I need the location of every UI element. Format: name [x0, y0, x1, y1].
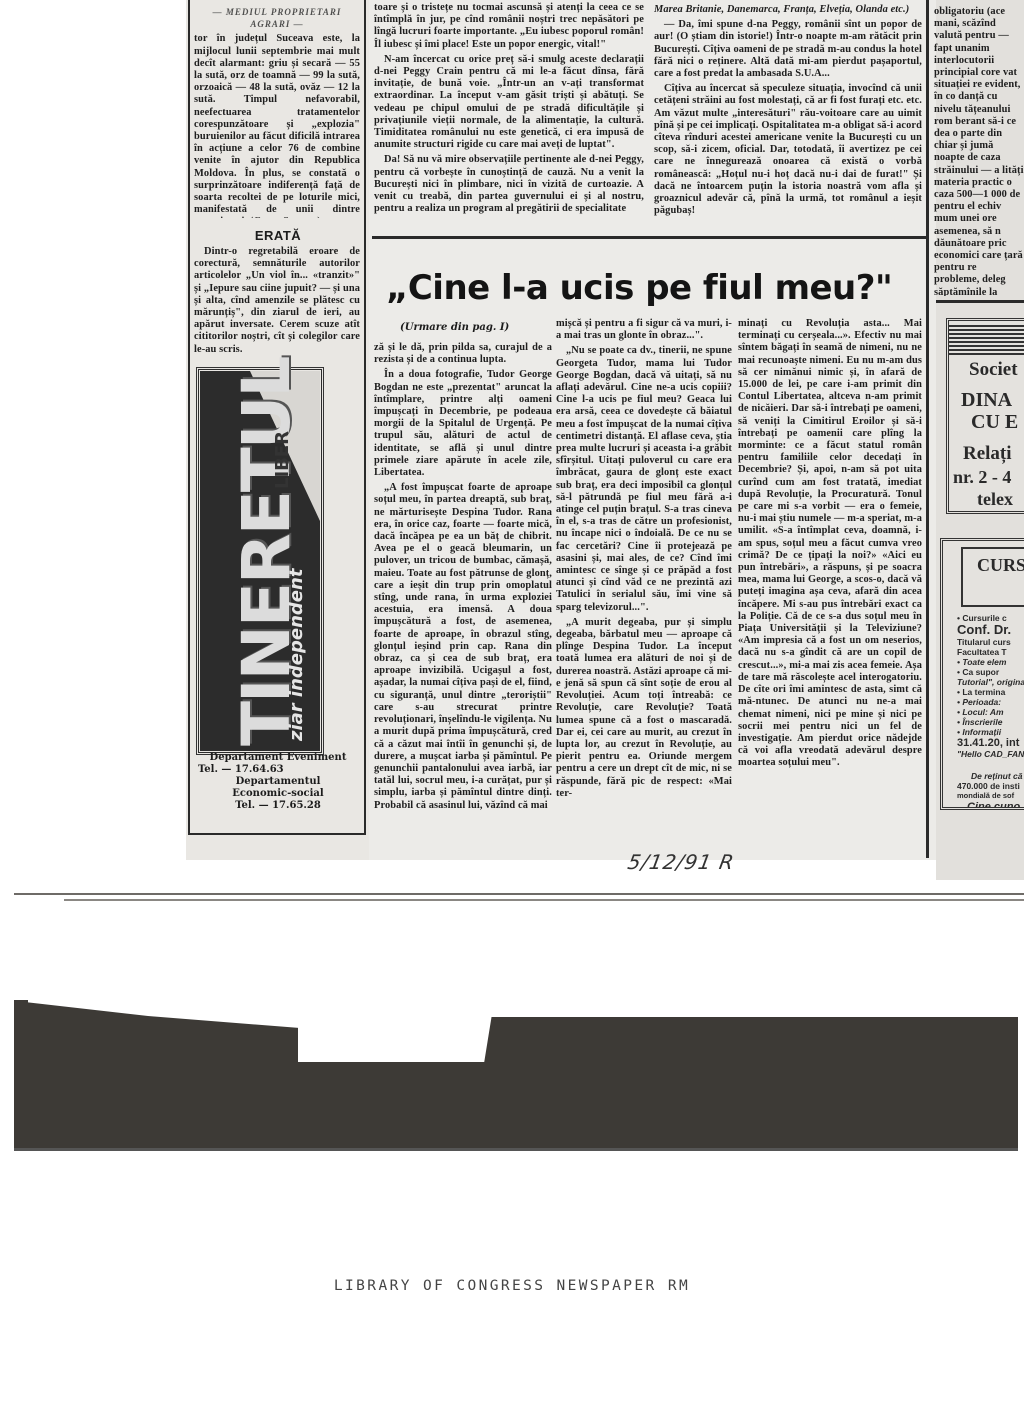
column-rule: [364, 0, 366, 835]
ad-line: Facultatea T: [957, 647, 1024, 657]
ad-line: CU E: [971, 411, 1018, 434]
scanner-shadow-notch: [298, 982, 492, 1062]
paragraph: minați cu Revoluția asta... Mai terminaț…: [738, 318, 922, 770]
ad-line: telex: [977, 489, 1013, 510]
ad-line: 470.000 de insti: [957, 781, 1024, 791]
ad-line: • Informații: [957, 727, 1024, 737]
column-rule: [188, 0, 190, 835]
paragraph: Cîțiva au încercat să speculeze situația…: [654, 83, 922, 217]
ad-line: • Perioada:: [957, 697, 1024, 707]
erata-paragraph: Dintr-o regretabilă eroare de corectură,…: [194, 246, 360, 356]
contact-dept: Departamentul Economic-social: [190, 776, 366, 800]
paragraph: În a doua fotografie, Tudor George Bogda…: [374, 369, 552, 479]
erata-heading: ERATĂ: [190, 228, 366, 243]
continuation-note: (Urmare din pag. I): [400, 322, 509, 333]
column-kicker: — MEDIUL PROPRIETARI AGRARI —: [194, 6, 360, 30]
paragraph: toare și o tristețe nu tocmai ascunsă și…: [374, 2, 644, 51]
erata-text: Dintr-o regretabilă eroare de corectură,…: [194, 246, 360, 360]
ad-line: • Ca supor: [957, 667, 1024, 677]
article-col1: ză și le dă, prin pilda sa, curajul de a…: [374, 342, 552, 826]
scanner-shadow-notch: [490, 982, 1018, 1017]
ad-line: nr. 2 - 4: [953, 467, 1011, 488]
ad-line: 31.41.20, int: [957, 737, 1024, 749]
paragraph: „A fost împușcat foarte de aproape soțul…: [374, 482, 552, 811]
left-news-column: — MEDIUL PROPRIETARI AGRARI — tor în jud…: [194, 6, 360, 218]
paragraph: ză și le dă, prin pilda sa, curajul de a…: [374, 342, 552, 366]
contact-tel: Tel. — 17.65.28: [190, 800, 366, 812]
scanner-shadow-notch: [14, 982, 28, 1000]
advertisement-courses: CURS • Cursurile c Conf. Dr. Titularul c…: [940, 538, 1024, 810]
scan-edge-line: [64, 899, 1024, 901]
ad-line: • Toate elem: [957, 657, 1024, 667]
ad-line: • Locul: Am: [957, 707, 1024, 717]
ad-stripes: [949, 325, 1024, 355]
article-col2: mișcă și pentru a fi sigur că va muri, i…: [556, 318, 732, 820]
ad-line: • La termina: [957, 687, 1024, 697]
advertisement-society: Societ DINA CU E Relați nr. 2 - 4 telex: [946, 318, 1024, 514]
tineretul-liber-logo: TINERETUL LIBER ziar independent: [197, 368, 323, 754]
paragraph: „A murit degeaba, pur și simplu degeaba,…: [556, 617, 732, 800]
logo-badge: LIBER: [272, 389, 302, 489]
right-edge-column: obligatoriu (ace mani, scăzînd valută pe…: [934, 6, 1024, 296]
contact-dept: Departament Eveniment: [190, 752, 366, 764]
paragraph: Marea Britanie, Danemarca, Franța, Elveț…: [654, 4, 922, 16]
library-stamp: LIBRARY OF CONGRESS NEWSPAPER RM: [0, 1278, 1024, 1294]
ad-line: De reținut că: [957, 771, 1024, 781]
paragraph: N-am încercat cu orice preț să-i smulg a…: [374, 54, 644, 152]
ad-line: Cine cuno: [957, 801, 1024, 810]
ad-line: "Hello CAD_FAN: [957, 749, 1024, 759]
handwritten-date: 5/12/91 R: [626, 850, 737, 874]
ad-line: Tutorial", origina: [957, 677, 1024, 687]
ad-line: • Înscrierile: [957, 717, 1024, 727]
column-rule: [188, 833, 366, 835]
scan-edge-line: [14, 1148, 1018, 1151]
scan-edge-line: [14, 893, 1024, 895]
article-headline: „Cine l-a ucis pe fiul meu?": [386, 268, 926, 308]
ad-line: DINA: [961, 389, 1012, 412]
ad-line: Relați: [963, 443, 1012, 465]
top-article-col2: Marea Britanie, Danemarca, Franța, Elveț…: [654, 4, 922, 228]
section-divider: [372, 236, 928, 239]
ad-line: mondială de sof: [957, 791, 1024, 801]
paragraph: Da! Să nu vă mire observațiile pertinent…: [374, 154, 644, 215]
paragraph: „Nu se poate ca dv., tinerii, ne spune G…: [556, 345, 732, 613]
ad-title: CURS: [977, 555, 1024, 576]
newspaper-scan: — MEDIUL PROPRIETARI AGRARI — tor în jud…: [0, 0, 1024, 905]
paragraph: — Da, îmi spune d-na Peggy, românii sînt…: [654, 19, 922, 80]
ad-line: Societ: [969, 359, 1018, 381]
paragraph: mișcă și pentru a fi sigur că va muri, i…: [556, 318, 732, 342]
logo-subtitle: ziar independent: [286, 541, 316, 741]
top-article-col1: toare și o tristețe nu tocmai ascunsă și…: [374, 2, 644, 230]
ad-body: • Cursurile c Conf. Dr. Titularul curs F…: [957, 613, 1024, 810]
ad-line: Titularul curs: [957, 637, 1024, 647]
news-paragraph: tor în județul Suceava este, la mijlocul…: [194, 33, 360, 218]
article-col3: minați cu Revoluția asta... Mai terminaț…: [738, 318, 922, 830]
section-divider: [936, 300, 1024, 303]
column-rule: [926, 0, 929, 858]
contact-tel: Tel. — 17.64.63: [190, 764, 366, 776]
department-contacts: Departament Eveniment Tel. — 17.64.63 De…: [190, 752, 366, 812]
ad-line: Conf. Dr.: [957, 623, 1024, 637]
paragraph: obligatoriu (ace mani, scăzînd valută pe…: [934, 6, 1024, 296]
